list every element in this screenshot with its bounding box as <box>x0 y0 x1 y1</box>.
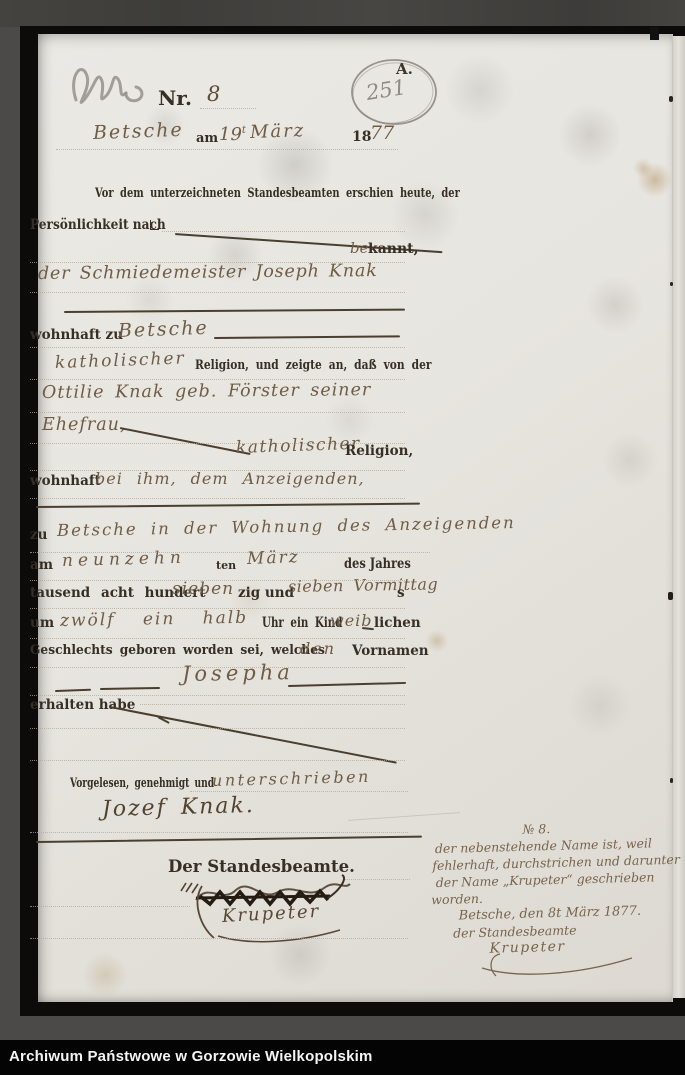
form-am: am <box>30 557 53 573</box>
form-year-print-2: zig und <box>238 585 294 601</box>
form-religion2-print: Religion, <box>345 443 413 459</box>
dotted-guideline <box>30 728 405 729</box>
scan-top-texture <box>0 0 685 27</box>
header-day: 19t <box>219 124 246 145</box>
form-wohnhaft: wohnhaft <box>30 473 101 489</box>
binding-speck <box>670 282 673 286</box>
form-religion1-print: Religion, und zeigte an, daß von der <box>195 358 432 373</box>
dotted-guideline <box>30 938 408 939</box>
form-des-jahres: des Jahres <box>344 556 411 572</box>
form-year-hand-2: sieben Vormittag <box>288 574 439 596</box>
form-vornamen: Vornamen <box>352 643 429 659</box>
dotted-guideline <box>30 906 190 907</box>
archive-footer-bar: Archiwum Państwowe w Gorzowie Wielkopols… <box>0 1040 685 1075</box>
form-number-value: 8 <box>207 82 220 106</box>
dotted-guideline <box>30 498 405 499</box>
form-birth-day: neunzehn <box>62 548 186 571</box>
form-erhalten-habe: erhalten habe <box>30 697 135 713</box>
dotted-guideline <box>30 347 405 348</box>
dotted-guideline <box>200 108 256 109</box>
form-ehefrau: Ehefrau, <box>42 415 127 435</box>
dotted-guideline <box>30 695 405 696</box>
form-ten: ten <box>216 559 236 572</box>
binding-speck <box>670 778 673 783</box>
binding-tab <box>650 27 659 40</box>
pencil-inscription-scribble <box>66 56 146 118</box>
note-signature-flourish <box>478 952 638 980</box>
dotted-guideline <box>162 231 405 232</box>
form-mother: Ottilie Knak geb. Förster seiner <box>42 380 371 403</box>
binding-speck <box>669 96 673 102</box>
header-year-written: 77 <box>370 122 394 144</box>
form-child-name: Josepha <box>182 660 294 686</box>
binding-speck <box>668 592 673 600</box>
form-year-hand-1: sieben <box>172 579 234 599</box>
form-wohnhaft-bei: bei ihm, dem Anzeigenden, <box>95 469 365 488</box>
form-lichen: lichen <box>374 615 421 631</box>
header-day-suffix: t <box>242 125 246 136</box>
blank-bracket-mark <box>150 220 159 230</box>
dotted-guideline <box>140 704 405 705</box>
header-day-number: 19 <box>219 124 242 145</box>
dotted-guideline <box>56 149 398 150</box>
form-residence: Betsche <box>118 317 209 342</box>
form-number-label: Nr. <box>158 86 192 110</box>
dotted-guideline <box>30 832 408 833</box>
form-kannt: kannt, <box>368 241 418 257</box>
form-birth-month: März <box>247 547 300 569</box>
form-year-print-3: s <box>397 585 405 601</box>
header-am-label: am <box>196 131 218 146</box>
header-century-printed: 18 <box>352 129 371 145</box>
form-geschlechts-line: Geschlechts geboren worden sei, welches <box>30 643 325 658</box>
archive-name: Archiwum Państwowe w Gorzowie Wielkopols… <box>9 1048 373 1065</box>
form-intro-line: Vor dem unterzeichneten Standesbeamten e… <box>95 186 460 201</box>
declarant-signature: Jozef Knak. <box>102 793 255 822</box>
form-um: um <box>30 615 54 631</box>
form-zu: zu <box>30 527 47 543</box>
archive-scan-viewer: Nr. 8 A. 251 Betsche am 19t März 18 77 V… <box>0 0 685 1075</box>
header-month: März <box>250 120 306 143</box>
dotted-guideline <box>30 292 405 293</box>
dotted-guideline <box>190 791 408 792</box>
form-declarant: der Schmiedemeister Joseph Knak <box>38 261 378 284</box>
dotted-guideline <box>30 638 405 639</box>
dotted-guideline <box>30 412 405 413</box>
form-vorgelesen: Vorgelesen, genehmigt und <box>70 776 214 791</box>
form-persoenlichkeit: Persönlichkeit nach <box>30 217 166 233</box>
form-birth-time: zwölf ein halb <box>60 608 248 631</box>
form-be-hand: be <box>350 239 368 257</box>
header-place: Betsche <box>93 119 184 144</box>
form-wohnhaft-zu: wohnhaft zu <box>30 327 123 343</box>
dotted-guideline <box>30 760 405 761</box>
form-den-hand: den <box>300 639 336 658</box>
marginal-correction-note: № 8. der nebenstehende Name ist, weil fe… <box>426 817 681 960</box>
